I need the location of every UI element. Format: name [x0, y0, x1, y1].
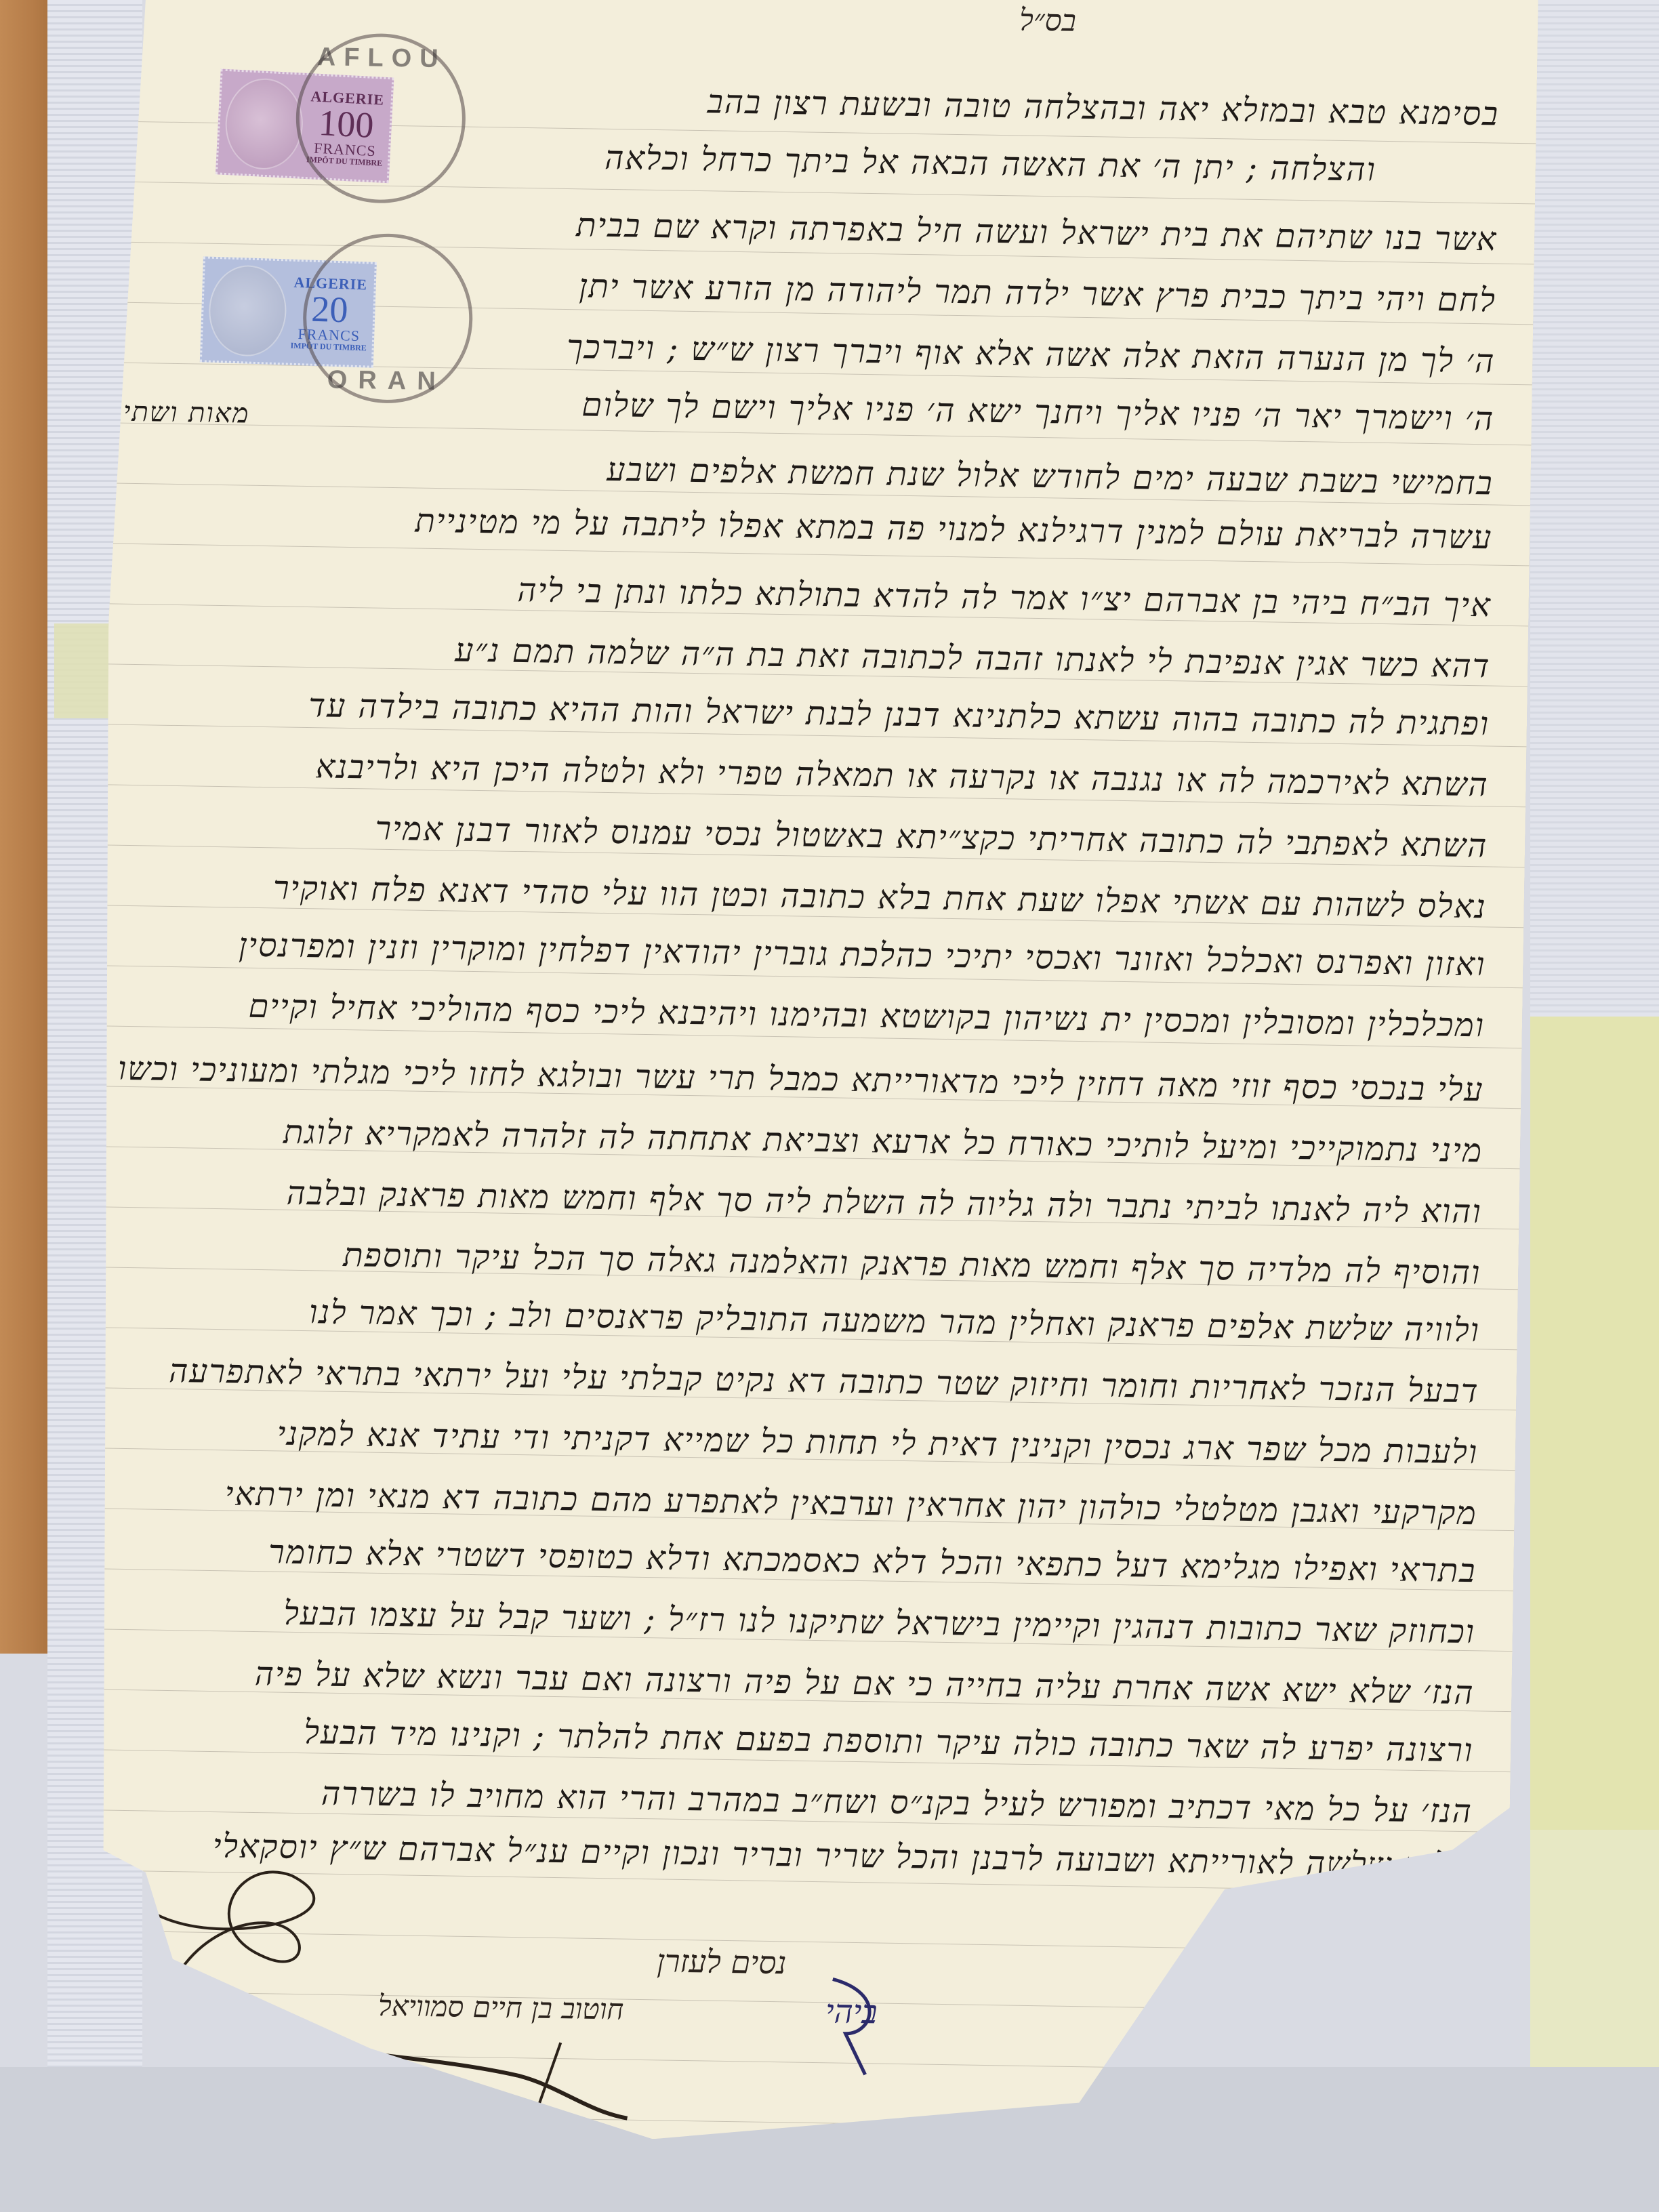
postmark-oran: ORAN	[302, 232, 474, 405]
text-line: ומכלכלין ומסובלין ומכסין ית נשיהון בקושט…	[248, 987, 1485, 1045]
text-line: ופתגית לה כתובה בהוה עשתא כלתנינא דבנן ל…	[308, 687, 1490, 743]
marianne-portrait-icon	[207, 264, 287, 358]
text-line: דבעל הנזכר לאחריות וחומר וחיזוק שטר כתוב…	[169, 1352, 1479, 1410]
text-line: ולעבות מכל שפר ארג נכסין וקנינין דאית לי…	[276, 1414, 1478, 1471]
text-line: בתראי ואפילו מגלימא דעל כתפאי והכל דלא כ…	[268, 1533, 1477, 1590]
header-mark: בס״ל	[1019, 3, 1076, 38]
postmark-top-text: AFLOU	[300, 43, 464, 75]
background-green-cloth-right	[1530, 1017, 1659, 1830]
text-line: עשרה לבריאת עולם למנין דרגילנא למנוי פה …	[415, 502, 1493, 557]
text-line: איך הב״ח ביהי בן אברהם יצ״ו אמר לה להדא …	[517, 571, 1492, 625]
text-line: עלי בנכסי כסף זוזי מאה דחזין ליכי מדאורי…	[118, 1050, 1484, 1109]
text-line: ה׳ לך מן הנערה הזאת אלה אשה אלא אוף ויבר…	[567, 328, 1496, 381]
background-wood-edge	[0, 0, 53, 1654]
text-line-continuation: מאות ושתים	[105, 395, 250, 429]
text-line: הנז׳ שלא ישא אשה אחרת עליה בחייה כי אם ע…	[254, 1655, 1475, 1712]
ketubah-paper: בס״ל ALGERIE 100 FRANCS IMPÔT DU TIMBRE …	[85, 0, 1538, 2152]
postmark-aflou: AFLOU	[295, 33, 467, 205]
text-line: השתא לאירכמה לה או נגנבה או נקרעה או תמא…	[315, 747, 1489, 804]
text-line: ולוויה שלשת אלפים פראנק ואחלין מהר משמעה…	[309, 1293, 1481, 1349]
text-line: דהא כשר אגין אנפיבת לי לאנתו זהבה לכתובה…	[455, 631, 1491, 685]
text-line: בחמישי בשבת שבעה ימים לחודש אלול שנת חמש…	[607, 451, 1494, 503]
text-line: מיני נתמוקייכי ומיעל לותיכי כאורח כל ארע…	[283, 1113, 1483, 1170]
text-line: והוסיף לה מלדיה סך אלף וחמש מאות פראנק ו…	[343, 1236, 1481, 1292]
text-line: ואזון ואפרנס ואכלכל ואזונר ואכסי יתיכי כ…	[239, 926, 1486, 984]
text-line: והצלחה ; יתן ה׳ את האשה הבאה אל ביתך כרח…	[605, 139, 1376, 189]
text-line: מקרקעי ואגבן מטלטלי כולהון יהון אחראין ו…	[224, 1475, 1477, 1532]
text-line: השתא לאפתבי לה כתובה אחריתי כקצ״יתא באשט…	[375, 810, 1488, 865]
text-line: והוא ליה לאנתו לביתי נתבר ולה גליוה לה ה…	[286, 1174, 1482, 1231]
postmark-bottom-text: ORAN	[305, 365, 468, 397]
marianne-portrait-icon	[223, 77, 305, 171]
text-line: וכחוזק שאר כתובות דנהגין וקיימין בישראל …	[283, 1595, 1475, 1652]
text-line: ה׳ וישמרך יאר ה׳ פניו אליך ויחנך ישא ה׳ …	[581, 386, 1495, 438]
text-line: בסימנא טבא ובמזלא יאה ובהצלחה טובה ובשעת…	[707, 83, 1499, 133]
